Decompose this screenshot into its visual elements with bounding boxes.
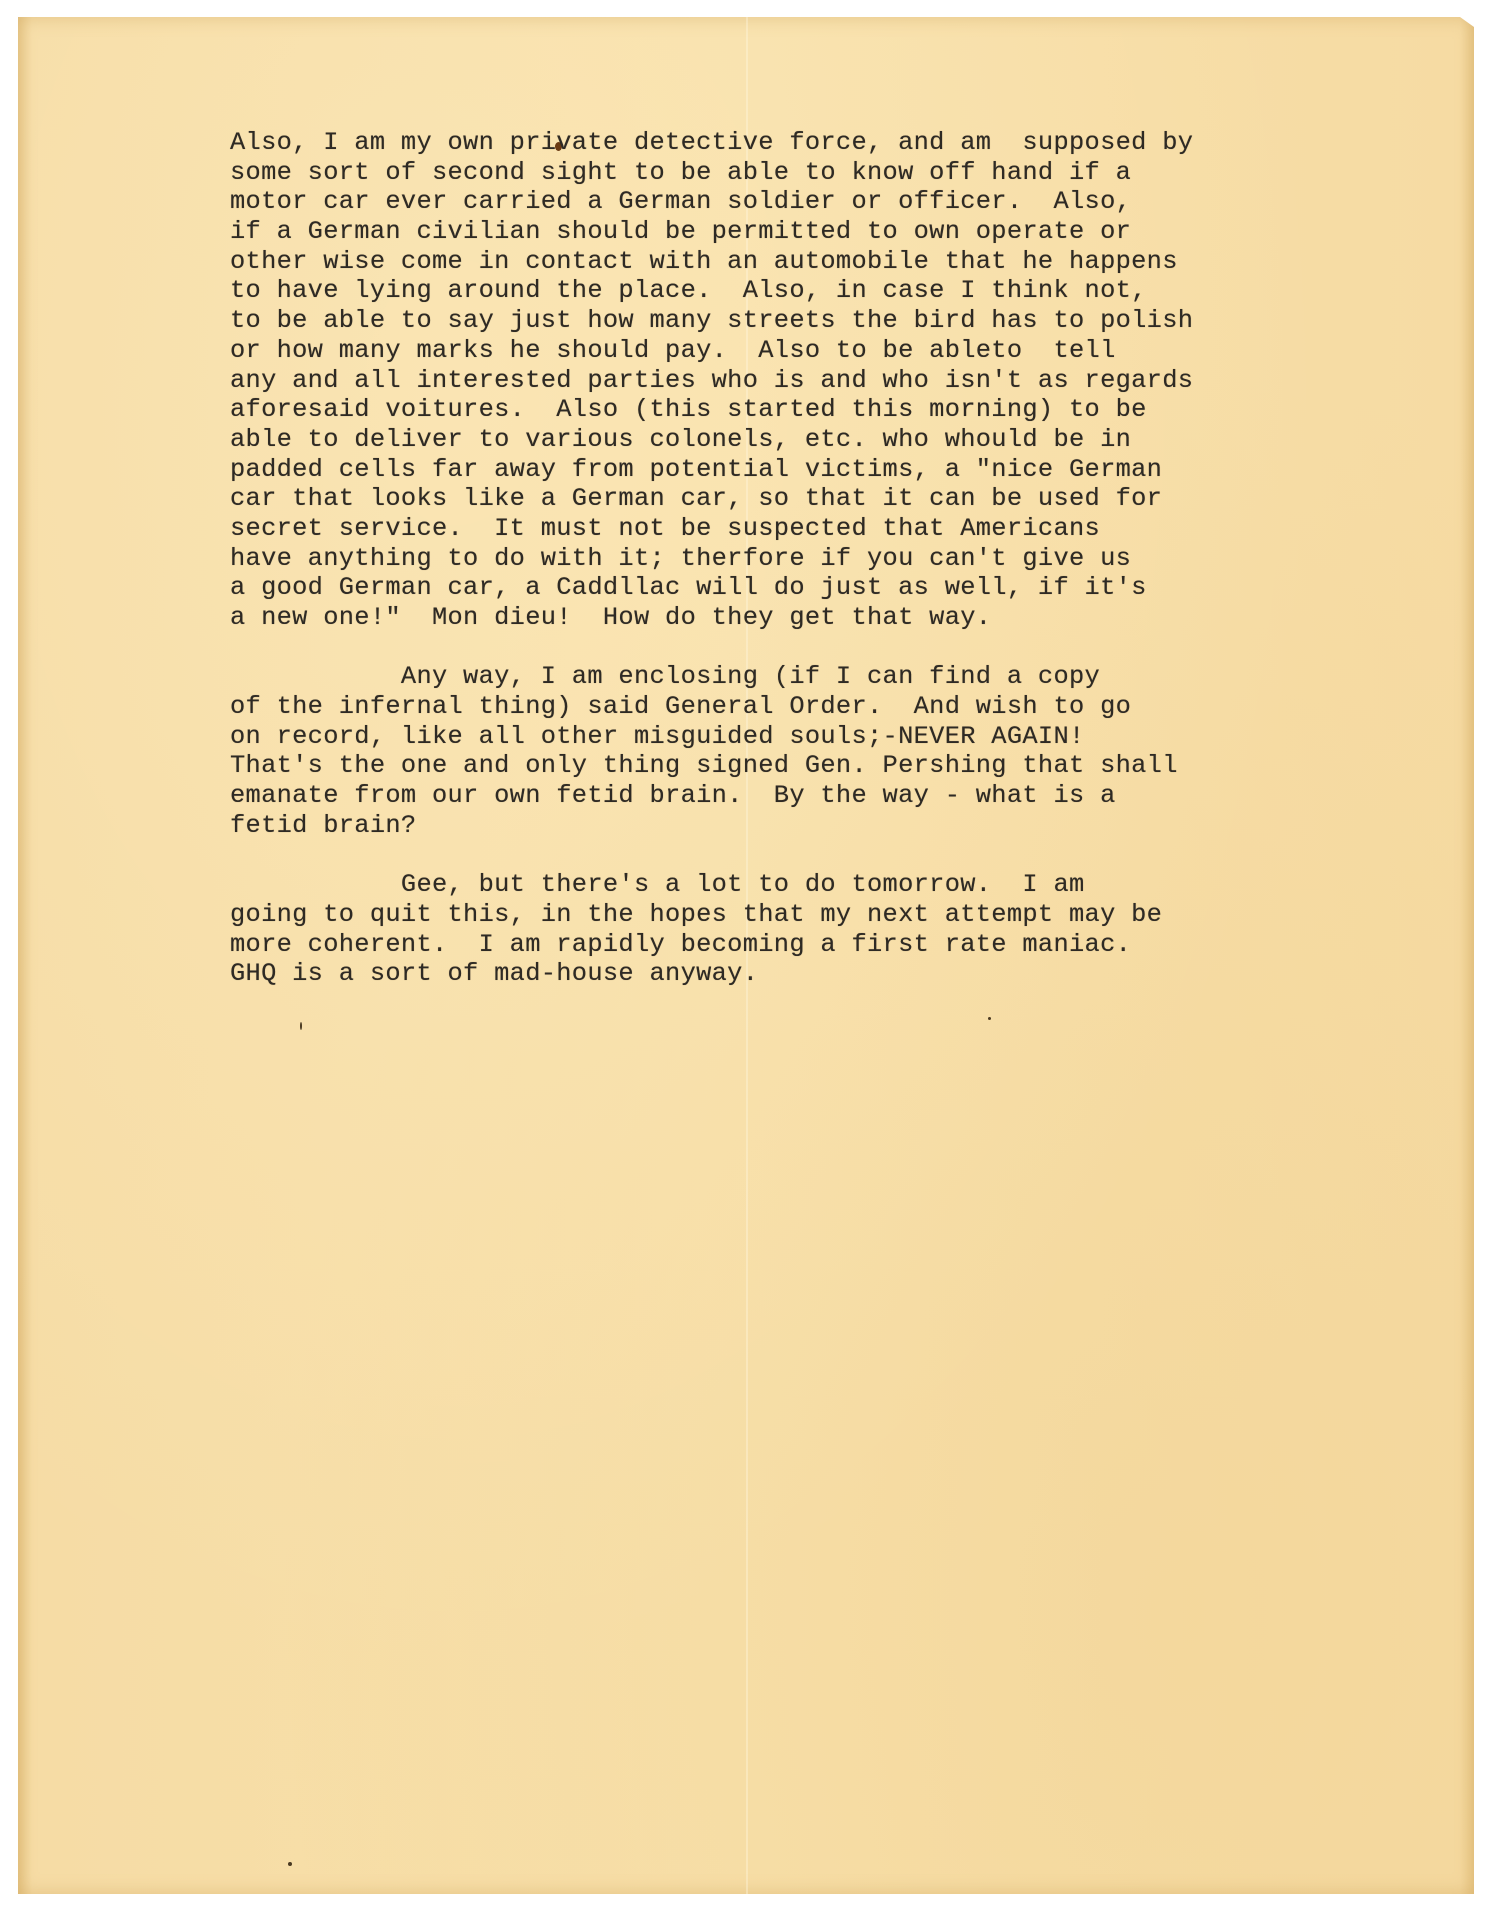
text-line: going to quit this, in the hopes that my… [230, 900, 1390, 930]
text-line: emanate from our own fetid brain. By the… [230, 781, 1390, 811]
text-line: a new one!" Mon dieu! How do they get th… [230, 603, 1390, 633]
text-line: able to deliver to various colonels, etc… [230, 425, 1390, 455]
text-line: on record, like all other misguided soul… [230, 722, 1390, 752]
text-line: That's the one and only thing signed Gen… [230, 751, 1390, 781]
text-line: Gee, but there's a lot to do tomorrow. I… [230, 870, 1390, 900]
paragraph-1: Also, I am my own private detective forc… [230, 128, 1390, 633]
text-line: more coherent. I am rapidly becoming a f… [230, 930, 1390, 960]
text-line: GHQ is a sort of mad-house anyway. [230, 959, 1390, 989]
text-line: Also, I am my own private detective forc… [230, 128, 1390, 158]
text-line: to have lying around the place. Also, in… [230, 276, 1390, 306]
paragraph-2: Any way, I am enclosing (if I can find a… [230, 662, 1390, 840]
text-line: or how many marks he should pay. Also to… [230, 336, 1390, 366]
paragraph-3: Gee, but there's a lot to do tomorrow. I… [230, 870, 1390, 989]
text-line: car that looks like a German car, so tha… [230, 484, 1390, 514]
text-line: Any way, I am enclosing (if I can find a… [230, 662, 1390, 692]
text-line: to be able to say just how many streets … [230, 306, 1390, 336]
text-line: padded cells far away from potential vic… [230, 455, 1390, 485]
text-line: if a German civilian should be permitted… [230, 217, 1390, 247]
text-line: fetid brain? [230, 811, 1390, 841]
paragraph-spacer [230, 633, 1390, 663]
text-line: motor car ever carried a German soldier … [230, 187, 1390, 217]
text-line: secret service. It must not be suspected… [230, 514, 1390, 544]
text-line: some sort of second sight to be able to … [230, 158, 1390, 188]
paper-mark [300, 1022, 302, 1030]
paper-mark [988, 1017, 991, 1020]
text-line: have anything to do with it; therfore if… [230, 544, 1390, 574]
text-line: a good German car, a Caddllac will do ju… [230, 573, 1390, 603]
letter-body: Also, I am my own private detective forc… [230, 128, 1390, 989]
text-line: of the infernal thing) said General Orde… [230, 692, 1390, 722]
text-line: aforesaid voitures. Also (this started t… [230, 395, 1390, 425]
text-line: other wise come in contact with an autom… [230, 247, 1390, 277]
paragraph-spacer [230, 841, 1390, 871]
paper-mark [288, 1862, 292, 1866]
text-line: any and all interested parties who is an… [230, 366, 1390, 396]
